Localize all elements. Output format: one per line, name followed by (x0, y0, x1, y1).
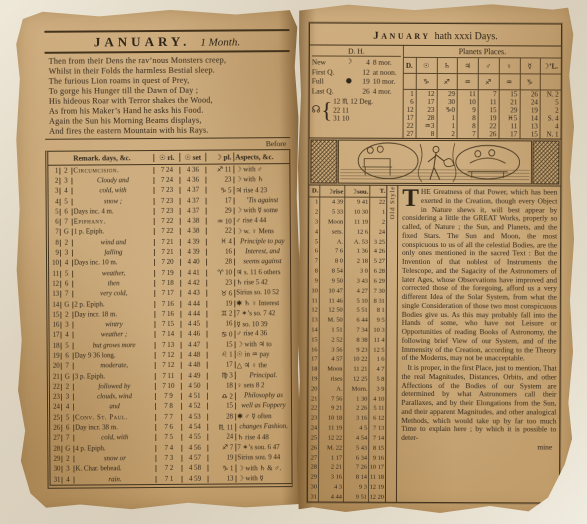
moon-phase-icon: ☽ (346, 58, 356, 68)
day-number: 20 (50, 363, 62, 370)
planet-symbol: ♄ (438, 58, 459, 73)
sun-set-cell: 4 45 (181, 321, 207, 328)
day-number: 11 (49, 270, 61, 277)
aspects-cell: changes Fashion. (236, 423, 291, 430)
day-number: 25 (50, 414, 62, 421)
week-letter: 2 (62, 383, 74, 390)
moon-south: 4 54 (344, 433, 369, 443)
sun-set-cell: 4 44 (181, 300, 207, 307)
moon-phase-list: New ☽ 4 8 mor. First Q. 12 at noon. Full… (312, 57, 401, 95)
moon-table-row: 10 10 47 4 27 7 30 (309, 286, 386, 296)
node-line: 12 ♏ 12 Deg. (333, 98, 373, 107)
aspects-cell: ☽ with ☿ (237, 474, 292, 482)
day-number: 7 (49, 229, 61, 236)
moon-phase-row: New ☽ 4 8 mor. (312, 57, 401, 67)
zodiac-sign: ♐ (437, 74, 458, 89)
planet-symbol: ☉ (417, 58, 438, 73)
moon-south: 10 30 (345, 207, 370, 217)
pp-moon-lat: N. 1 (541, 130, 561, 138)
moon-rise-table: D. ☽rise ☽sou. T. 1 4 39 9 41 22 2 5 33 … (308, 185, 387, 501)
phase-day: 26 (356, 86, 370, 96)
moon-south: 12 25 (344, 374, 369, 384)
moon-table-body: 1 4 39 9 41 22 2 5 33 10 30 1 3 Moon 11 … (308, 197, 386, 501)
moon-south: 9 3 (344, 482, 369, 492)
sun-rise-cell: 7 17 (155, 290, 181, 297)
sun-rise-cell: 7 21 (155, 249, 181, 256)
moon-rise: 4 39 (320, 197, 345, 207)
moon-day: 26 (308, 443, 319, 453)
pp-d: 6 (404, 98, 417, 106)
week-letter: 4 (61, 188, 73, 195)
tide-time: 9 16 (369, 453, 385, 463)
zodiac-sign: ♑ (520, 74, 541, 89)
aspects-cell: △ ♃ ♀ the (236, 361, 291, 369)
sun-set-cell: 4 58 (182, 465, 208, 472)
tide-time: 11 4 (370, 335, 386, 345)
sun-rise-cell: 7 20 (155, 259, 181, 266)
remark-cell: falling (73, 249, 155, 257)
aspects-cell: 7 ✶’s sou. 6 47 (236, 443, 291, 451)
tide-time: 7 14 (369, 433, 385, 443)
phase-hour: 4 mor. (373, 86, 392, 96)
moon-rise: 10 18 (319, 413, 344, 423)
day-number: 18 (50, 342, 62, 349)
lunar-node-block: ☊ { 12 ♏ 12 Deg.22 1131 10 (312, 97, 401, 123)
moon-day: 12 (309, 305, 320, 315)
moon-place-col-label: ☽ pl. (206, 152, 234, 161)
pp-moon-lat: 2 (541, 106, 561, 114)
tide-time: 6 12 (369, 414, 385, 424)
pp-mercury: 24 (520, 98, 541, 106)
aspects-cell: ✱ ♄ ♀ Interest (235, 299, 290, 307)
tide-time: 4 10 (369, 394, 385, 404)
moon-place-cell: ♎ 2 (208, 392, 236, 400)
sun-rise-cell: 7 5 (156, 434, 182, 441)
pp-venus: 11 (499, 122, 520, 130)
pp-moon-lat: N. 2 (541, 90, 561, 98)
tide-time: 10 3 (370, 325, 386, 335)
phase-day: 12 (356, 67, 370, 77)
week-letter: 3 (62, 466, 74, 473)
phase-hour: 8 mor. (373, 58, 392, 68)
pp-mercury: 14 (520, 114, 541, 122)
tide-time: 22 (370, 198, 386, 208)
day-number: 23 (50, 394, 62, 401)
week-letter: 6 (62, 353, 74, 360)
day-number: 1 (48, 167, 60, 174)
remark-cell: snow ; (73, 198, 155, 206)
planet-symbol: ☿ (520, 58, 541, 73)
tide-time: 7 13 (369, 423, 385, 433)
sun-rise-cell: 7 22 (155, 228, 181, 235)
moon-phase-icon: ● (346, 77, 356, 87)
moon-rise: 9 50 (320, 276, 345, 286)
tide-time: 12 5 (370, 345, 386, 355)
sun-rise-cell: 7 12 (156, 362, 182, 369)
planet-symbol: ♃ (458, 58, 479, 73)
pp-venus: 15 (500, 90, 521, 98)
planets-body: 1 12 29 11 7 15 26 N. 2 6 17 30 10 11 (404, 90, 561, 139)
remark-cell: but grows more (74, 342, 156, 350)
day-number: 30 (50, 466, 62, 473)
moon-day: 11 (309, 296, 320, 306)
woodcut-illustration (309, 138, 560, 186)
moon-south: 10 22 (345, 355, 370, 365)
month-title: January (373, 30, 430, 42)
aspects-cell: ♀ sets 8 2 (236, 382, 291, 389)
remark-cell: 3 p. Epiph. (74, 373, 156, 381)
remark-cell: wind and (73, 239, 155, 247)
moon-table-row: 16 3 56 9 23 12 5 (309, 345, 386, 355)
moon-day: 15 (309, 335, 320, 345)
sun-set-cell: 4 47 (182, 341, 208, 348)
pp-venus: 29 (500, 106, 521, 114)
moon-day: 8 (309, 266, 320, 276)
moon-south: 5 10 (345, 296, 370, 306)
moon-table-row: 13 M. 50 6 44 9 5 (309, 315, 386, 325)
pp-jupiter: 9 (458, 106, 479, 114)
sun-rise-cell: 7 24 (154, 177, 180, 184)
day-number: 2 (48, 178, 60, 185)
day-number: 22 (50, 384, 62, 391)
moon-rise: M. 50 (320, 315, 345, 325)
sun-rise-cell: 7 7 (156, 414, 182, 421)
moon-day: 4 (309, 227, 320, 237)
sun-set-cell: 4 38 (181, 218, 207, 225)
moon-rise: Moon (319, 364, 344, 374)
moon-rise: 8 54 (320, 266, 345, 276)
moon-table-row: 3 Moon 11 19 2 (309, 217, 386, 227)
moon-place-cell: 16 (207, 248, 235, 255)
tide-time: 5 11 (369, 404, 385, 414)
day-number: 10 (49, 260, 61, 267)
zodiac-sign: ♒ (458, 74, 479, 89)
tide-time: 7 30 (370, 286, 386, 296)
remark-cell: 2 p. Epiph. (73, 301, 155, 309)
moon-place-cell: ♐ 7 (208, 444, 236, 452)
moon-place-cell: ♍ 3 (208, 372, 236, 380)
pp-mars: 22 (479, 122, 500, 130)
sun-rise-cell: 7 1 (157, 475, 183, 482)
sun-set-cell: 4 36 (180, 177, 206, 184)
tide-time: 5 27 (370, 257, 386, 267)
aspects-cell: Principal. (236, 372, 291, 379)
week-letter: 2 (61, 239, 73, 246)
moon-place-cell: 28 (207, 259, 235, 266)
moon-table-row: 29 3 16 8 14 11 18 (308, 472, 385, 482)
moon-day: 6 (309, 247, 320, 257)
moon-south: 9 41 (345, 198, 370, 208)
col-remark-label: Remark. days, &c. (72, 154, 154, 163)
remark-cell: Epiphany. (73, 218, 155, 226)
planet-symbol: ☽’L. (541, 58, 561, 73)
moon-south: 7 26 (344, 463, 369, 473)
poem-line: And fires the eastern Mountain with his … (49, 125, 288, 137)
remark-cell: and (74, 403, 156, 411)
week-letter: 4 (62, 404, 74, 411)
sun-rise-cell: 7 23 (155, 208, 181, 215)
moon-phase-row: Last Q. 26 4 mor. (312, 86, 401, 96)
sun-rise-cell: 7 18 (155, 280, 181, 287)
remark-cell: Day incr. 38 m. (74, 424, 156, 432)
day-number: 28 (50, 445, 62, 452)
sun-rise-cell: 7 16 (155, 300, 181, 307)
moon-rise: 11 46 (320, 296, 345, 306)
moon-rise: 3 56 (320, 345, 345, 355)
moon-place-cell: ♓ 4 (207, 238, 235, 246)
moon-place-cell: ♊ 2 (207, 310, 235, 318)
pp-d: 27 (404, 130, 417, 138)
aspects-cell: ♃ rise 4 23 (234, 186, 289, 194)
pp-d: 1 (404, 90, 417, 98)
pp-moon-lat: 4 (541, 122, 561, 130)
remark-cell: Days inc. 4 m. (73, 208, 155, 216)
sun-rise-col-label: ☉ ri. (154, 153, 180, 162)
moon-rise: A. (320, 237, 345, 247)
sun-set-cell: 4 46 (182, 331, 208, 338)
sun-set-cell: 4 48 (182, 352, 208, 359)
sun-set-col-label: ☉ set (180, 153, 206, 162)
day-number: 3 (49, 188, 61, 195)
pp-jupiter: 8 (458, 122, 479, 130)
sun-set-cell: 4 57 (182, 455, 208, 462)
moon-day: 1 (309, 197, 320, 207)
sun-rise-cell: 7 9 (156, 393, 182, 400)
pp-jupiter: 10 (458, 98, 479, 106)
moon-south: Morn. (344, 384, 369, 394)
moon-place-cell: ♋ 0 (208, 330, 236, 338)
moon-day: 20 (308, 384, 319, 394)
moon-day: 18 (308, 364, 319, 374)
essay-paragraph-1: THE Greatness of that Power, which has b… (402, 188, 558, 364)
moon-day: 24 (308, 423, 319, 433)
moon-day: 29 (308, 472, 319, 482)
catchword: mine (401, 443, 556, 452)
moon-day: 19 (308, 374, 319, 384)
sun-set-cell: 4 43 (181, 290, 207, 297)
node-lines: 12 ♏ 12 Deg.22 1131 10 (333, 98, 373, 124)
pp-sun: ♒3 (417, 122, 438, 130)
sun-set-cell: 4 48 (182, 362, 208, 369)
remark-cell: Cloudy and (72, 177, 154, 185)
pp-mercury: 26 (520, 90, 541, 98)
pp-venus: ♓5 (499, 114, 520, 122)
aspects-cell: Philosophy as (236, 392, 291, 399)
moon-day: 10 (309, 286, 320, 296)
sun-set-cell: 4 49 (182, 372, 208, 379)
moon-south: 9 23 (345, 345, 370, 355)
moon-table-row: 18 Moon 11 21 4 7 (308, 364, 385, 374)
moon-rise: 4 3 (319, 482, 344, 492)
tide-time: 6 28 (370, 266, 386, 276)
sun-rise-cell: 7 3 (156, 455, 182, 462)
tide-time: 12 19 (369, 482, 385, 492)
tide-time: 24 (370, 227, 386, 237)
day-number: 12 (49, 281, 61, 288)
drop-cap: T (402, 188, 421, 209)
tide-time: 5 8 (369, 374, 385, 384)
aspects-cell: Interest, and (235, 248, 290, 255)
moon-south: 3 16 (344, 413, 369, 423)
moon-place-cell: 17 (208, 362, 236, 369)
remark-cell: Day incr. 18 m. (73, 311, 155, 319)
moon-place-cell: 15 (208, 403, 236, 410)
title-rest: hath xxxi Days. (435, 31, 498, 42)
day-number: 14 (49, 301, 61, 308)
tide-time: 2 (370, 217, 386, 227)
day-hour-label: D. H. (312, 46, 401, 56)
aspects-cell: Sirius so. 10 52 (235, 289, 290, 296)
sun-set-cell: 4 41 (181, 269, 207, 276)
week-letter: 2 (61, 311, 73, 318)
moon-day: 2 (309, 207, 320, 217)
pp-venus: 21 (500, 98, 521, 106)
left-page-title: JANUARY. 1 Month. (44, 29, 289, 54)
moon-place-cell: ♒ 10 (207, 217, 235, 225)
moon-south: 4 27 (345, 286, 370, 296)
moon-table-row: 11 11 46 5 10 8 31 (309, 296, 386, 306)
moon-table-row: 23 10 18 3 16 6 12 (308, 413, 385, 423)
moon-table-row: 9 9 50 3 43 6 29 (309, 276, 386, 286)
planets-data-row: 27 8 2 7 26 17 15 N. 1 (404, 130, 561, 139)
essay-paragraph-2: It is proper, in the first Place, just t… (401, 364, 556, 443)
sun-set-cell: 4 37 (181, 197, 207, 204)
month-title: JANUARY. (94, 34, 191, 51)
tide-time: 10 17 (369, 463, 385, 473)
moon-phase-icon (346, 67, 356, 77)
moon-rise: M. 22 (319, 443, 344, 453)
tide-time: 8 31 (370, 296, 386, 306)
moon-table-row: 28 2 21 7 26 10 17 (308, 462, 385, 472)
moon-day: 3 (309, 217, 320, 227)
brace-glyph: { (321, 100, 332, 120)
moon-table-row: 14 1 51 7 34 10 3 (309, 325, 386, 335)
aspects-cell: ☽ with ♄ & ♂. (236, 464, 291, 472)
moon-place-cell: ♌ 1 (208, 351, 236, 359)
moon-table-row: 17 4 57 10 22 1 6 (309, 354, 386, 364)
moon-rise: 5 33 (320, 207, 345, 217)
pp-saturn: 1 (437, 122, 458, 130)
remark-cell: moderate, (74, 362, 156, 370)
tide-time: 6 29 (370, 276, 386, 286)
moon-table-row: 21 7 56 1 30 4 10 (308, 394, 385, 404)
remark-cell: rain. (75, 476, 157, 484)
pp-saturn: ♑0 (437, 106, 458, 114)
week-letter: 5 (62, 342, 74, 349)
pp-mars: 15 (479, 106, 500, 114)
pp-mercury: 13 (520, 122, 541, 130)
moon-day: 9 (309, 276, 320, 286)
aspects-cell: ☽ with ♂ (234, 165, 289, 173)
tide-time: 3 25 (370, 237, 386, 247)
sun-set-cell: 4 39 (181, 249, 207, 256)
moon-south: 2 26 (344, 404, 369, 414)
remark-cell: wintry (73, 321, 155, 329)
pp-d: 17 (404, 114, 417, 122)
remark-cell: then (73, 280, 155, 288)
moon-day: 23 (308, 413, 319, 423)
planet-symbol: ♀ (500, 58, 521, 73)
moon-rise: 1 17 (319, 453, 344, 463)
remark-cell: followed by (74, 383, 156, 391)
moon-rise: 10 47 (320, 286, 345, 296)
ascending-node-icon: ☊ (312, 105, 321, 116)
remark-cell: very cold, (73, 290, 155, 298)
moon-day: 5 (309, 237, 320, 247)
sun-rise-cell: 7 16 (155, 311, 181, 318)
moon-place-cell: ♐ 11 (206, 166, 234, 174)
right-page-title: January hath xxxi Days. (310, 23, 561, 46)
aspects-cell: ☽ with ♃ to (236, 340, 291, 348)
moon-rise: 8 0 (320, 256, 345, 266)
moon-south: 8 38 (345, 335, 370, 345)
moon-rise: 12 22 (319, 433, 344, 443)
sun-rise-cell: 7 14 (156, 331, 182, 338)
planet-symbol: D. (404, 58, 417, 73)
month-number: 1 Month. (200, 36, 240, 48)
moon-table-row: 6 7 6 1 36 4 26 (309, 247, 386, 257)
week-letter: 3 (62, 394, 74, 401)
moon-place-cell: 24 (208, 434, 236, 441)
pp-sun: 23 (417, 106, 438, 114)
moon-place-cell: 23 (207, 279, 235, 286)
moon-place-cell: 16 (207, 321, 235, 328)
pp-moon-lat: S. 4 (541, 114, 561, 122)
before-note: Before (45, 138, 290, 150)
aspects-cell: ♂ rise 4 44 (235, 217, 290, 224)
week-letter: G (61, 301, 73, 308)
week-letter: 3 (60, 178, 72, 185)
sun-rise-cell: 7 12 (156, 352, 182, 359)
left-page-frame: JANUARY. 1 Month. Then from their Dens t… (44, 29, 292, 497)
pp-mars: 7 (479, 90, 500, 98)
moon-table-row: 31 4 44 9 51 12 20 (308, 492, 385, 502)
sun-set-cell: 4 51 (182, 393, 208, 400)
zodiac-sign (541, 74, 561, 89)
moon-day: 14 (309, 325, 320, 335)
pp-mars: 19 (479, 114, 500, 122)
remark-cell: Conv. St. Paul. (74, 414, 156, 422)
moon-place-cell: ♈ 10 (207, 269, 235, 277)
phase-day: 4 (356, 58, 370, 68)
moon-day: 17 (309, 354, 320, 364)
week-letter: 7 (62, 363, 74, 370)
remark-cell: snow or (74, 455, 156, 463)
moon-south: 7 34 (345, 325, 370, 335)
aspects-cell: ♄ rise 4 48 (236, 433, 291, 441)
sun-set-cell: 4 53 (182, 413, 208, 420)
zodiac-sign: ♑ (417, 74, 438, 89)
moon-table-row: 24 11 19 4 5 7 13 (308, 423, 385, 433)
sun-set-cell: 4 42 (181, 280, 207, 287)
moon-rise: sets. (320, 227, 345, 237)
sun-set-cell: 4 37 (181, 207, 207, 214)
moon-south: 1 36 (345, 247, 370, 257)
calendar-table-body: 1 2 Circumcision. 7 24 4 36 ♐ 11 ☽ with … (48, 164, 291, 485)
pp-jupiter: 7 (458, 130, 479, 138)
moon-south: A. 53 (345, 237, 370, 247)
week-letter: 3 (61, 322, 73, 329)
moon-south: 4 5 (344, 423, 369, 433)
moon-day: 22 (308, 404, 319, 414)
moon-table-row: 26 M. 22 5 43 8 15 (308, 443, 385, 453)
pp-d: 12 (404, 106, 417, 114)
moon-place-cell: 17 (207, 197, 235, 204)
phase-label: New (312, 57, 346, 67)
tide-time: 8 1 (370, 306, 386, 316)
moon-phase-icon (346, 86, 356, 96)
moon-south: 9 51 (344, 492, 369, 502)
